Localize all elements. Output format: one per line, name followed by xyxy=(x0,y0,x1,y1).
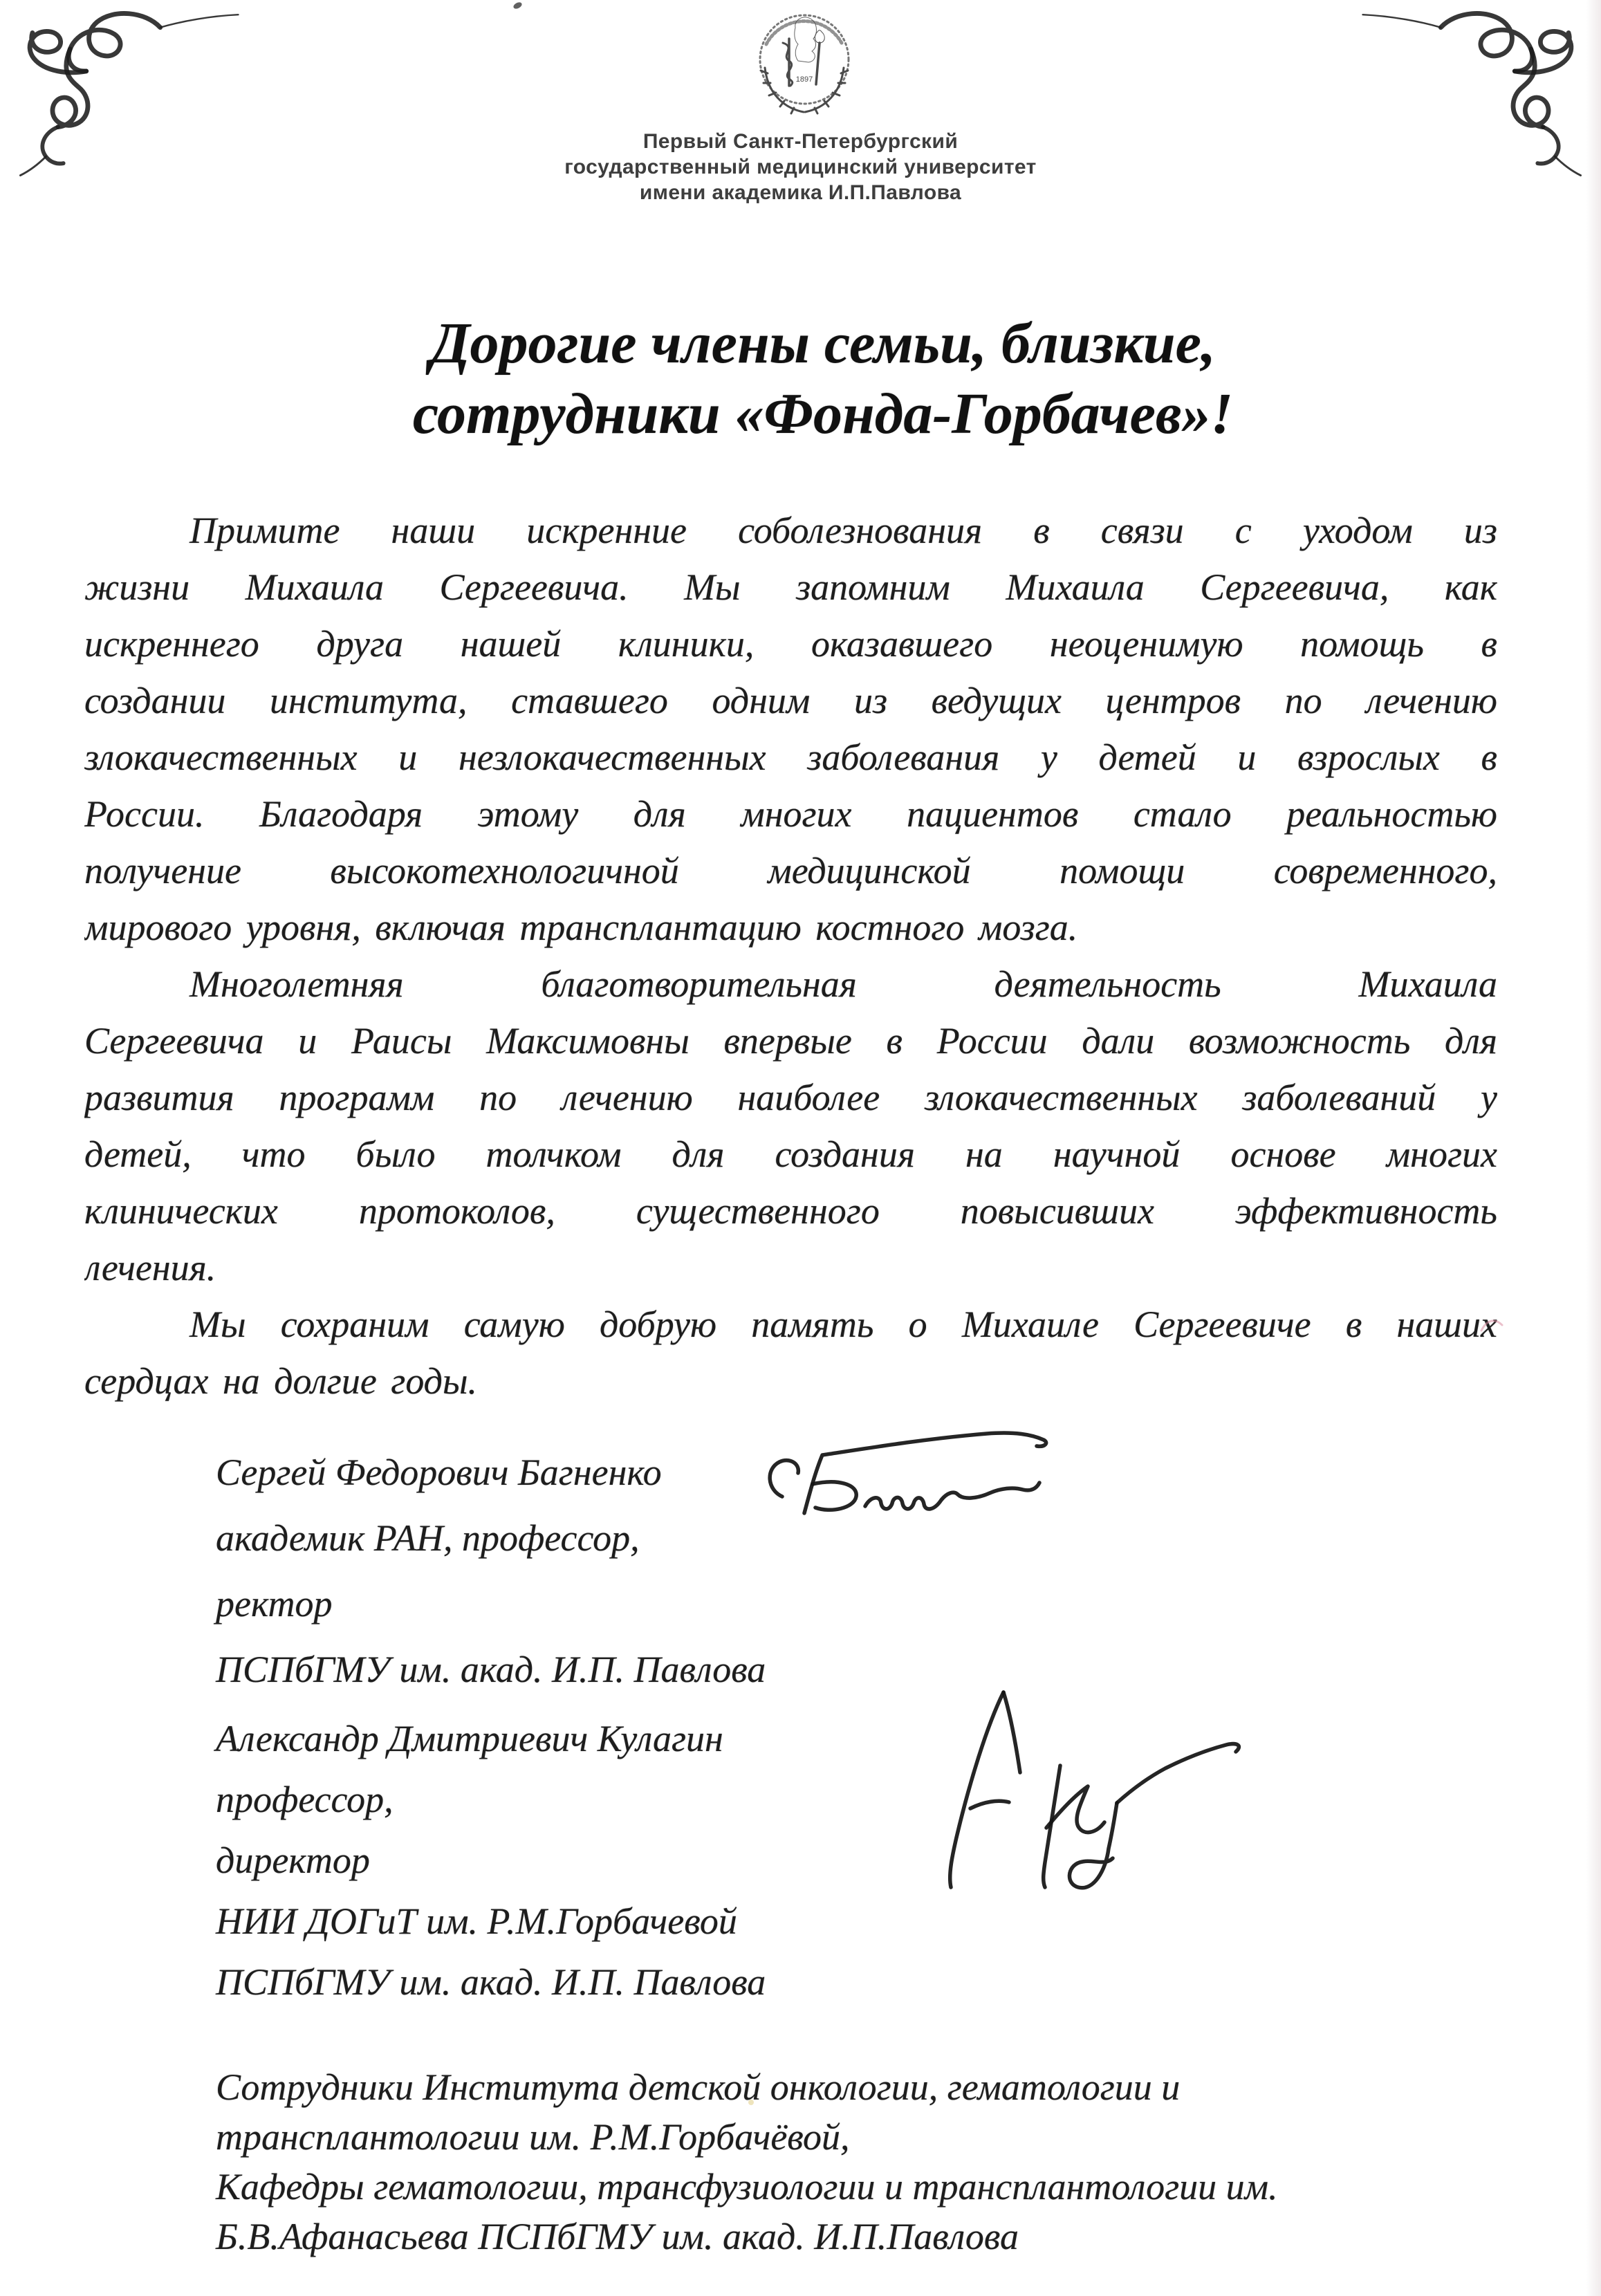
text-line: Многолетняя благотворительная деятельнос… xyxy=(84,956,1497,1012)
paragraph-3: Мы сохраним самую добрую память о Михаил… xyxy=(84,1296,1497,1409)
letter-body: Примите наши искренние соболезнования в … xyxy=(84,502,1497,1409)
text-line: злокачественных и незлокачественных забо… xyxy=(84,729,1497,786)
text-line: получение высокотехнологичной медицинско… xyxy=(84,842,1497,899)
text-line: развития программ по лечению наиболее зл… xyxy=(84,1069,1497,1126)
signatory-bagnenko-block: Сергей Федорович Багненкоакадемик РАН, п… xyxy=(216,1440,766,1703)
text-line: ректор xyxy=(216,1571,766,1637)
scan-speck xyxy=(512,1,523,10)
university-seal-icon: 1897 xyxy=(746,4,863,132)
scan-speck xyxy=(748,2100,754,2105)
text-line: создании института, ставшего одним из ве… xyxy=(84,672,1497,729)
scan-edge-shadow xyxy=(1586,0,1601,2296)
text-line: Б.В.Афанасьева ПСПбГМУ им. акад. И.П.Пав… xyxy=(216,2212,1278,2261)
text-line: искреннего друга нашей клиники, оказавше… xyxy=(84,615,1497,672)
text-line: профессор, xyxy=(216,1769,766,1830)
university-name: Первый Санкт-Петербургскийгосударственны… xyxy=(0,129,1601,205)
text-line: Сотрудники Института детской онкологии, … xyxy=(216,2062,1278,2112)
text-line: ПСПбГМУ им. акад. И.П. Павлова xyxy=(216,1637,766,1703)
text-line: Мы сохраним самую добрую память о Михаил… xyxy=(84,1296,1497,1353)
paragraph-1: Примите наши искренние соболезнования в … xyxy=(84,502,1497,956)
paragraph-2: Многолетняя благотворительная деятельнос… xyxy=(84,956,1497,1296)
text-line: Кафедры гематологии, трансфузиологии и т… xyxy=(216,2162,1278,2212)
text-line: Примите наши искренние соболезнования в … xyxy=(84,502,1497,559)
text-line: НИИ ДОГиТ им. Р.М.Горбачевой xyxy=(216,1891,766,1952)
text-line: детей, что было толчком для создания на … xyxy=(84,1126,1497,1183)
scan-pink-mark xyxy=(1479,1314,1508,1336)
text-line: академик РАН, профессор, xyxy=(216,1506,766,1571)
text-line: лечения. xyxy=(84,1239,1497,1296)
signatory-kulagin-block: Александр Дмитриевич Кулагинпрофессор,ди… xyxy=(216,1708,766,2012)
letter-title: Дорогие члены семьи, близкие,сотрудники … xyxy=(90,308,1556,450)
text-line: России. Благодаря этому для многих пацие… xyxy=(84,786,1497,842)
letter-page: 1897 Первый Санкт-Петербургскийгосударст… xyxy=(0,0,1601,2296)
text-line: мирового уровня, включая трансплантацию … xyxy=(84,899,1497,956)
text-line: сердцах на долгие годы. xyxy=(84,1353,1497,1409)
text-line: Александр Дмитриевич Кулагин xyxy=(216,1708,766,1769)
text-line: ПСПбГМУ им. акад. И.П. Павлова xyxy=(216,1952,766,2012)
text-line: государственный медицинский университет xyxy=(0,154,1601,180)
text-line: Сергей Федорович Багненко xyxy=(216,1440,766,1506)
bagnenko-signature xyxy=(743,1425,1062,1553)
text-line: Сергеевича и Раисы Максимовны впервые в … xyxy=(84,1012,1497,1069)
text-line: директор xyxy=(216,1830,766,1891)
text-line: Первый Санкт-Петербургский xyxy=(0,129,1601,154)
text-line: жизни Михаила Сергеевича. Мы запомним Ми… xyxy=(84,559,1497,615)
kulagin-signature xyxy=(889,1677,1248,1905)
text-line: Дорогие члены семьи, близкие, xyxy=(90,308,1556,379)
seal-year: 1897 xyxy=(796,75,813,84)
collective-signatories-block: Сотрудники Института детской онкологии, … xyxy=(216,2062,1278,2261)
text-line: имени академика И.П.Павлова xyxy=(0,180,1601,205)
text-line: сотрудники «Фонда-Горбачев»! xyxy=(90,379,1556,450)
text-line: клинических протоколов, существенного по… xyxy=(84,1183,1497,1239)
text-line: трансплантологии им. Р.М.Горбачёвой, xyxy=(216,2112,1278,2162)
